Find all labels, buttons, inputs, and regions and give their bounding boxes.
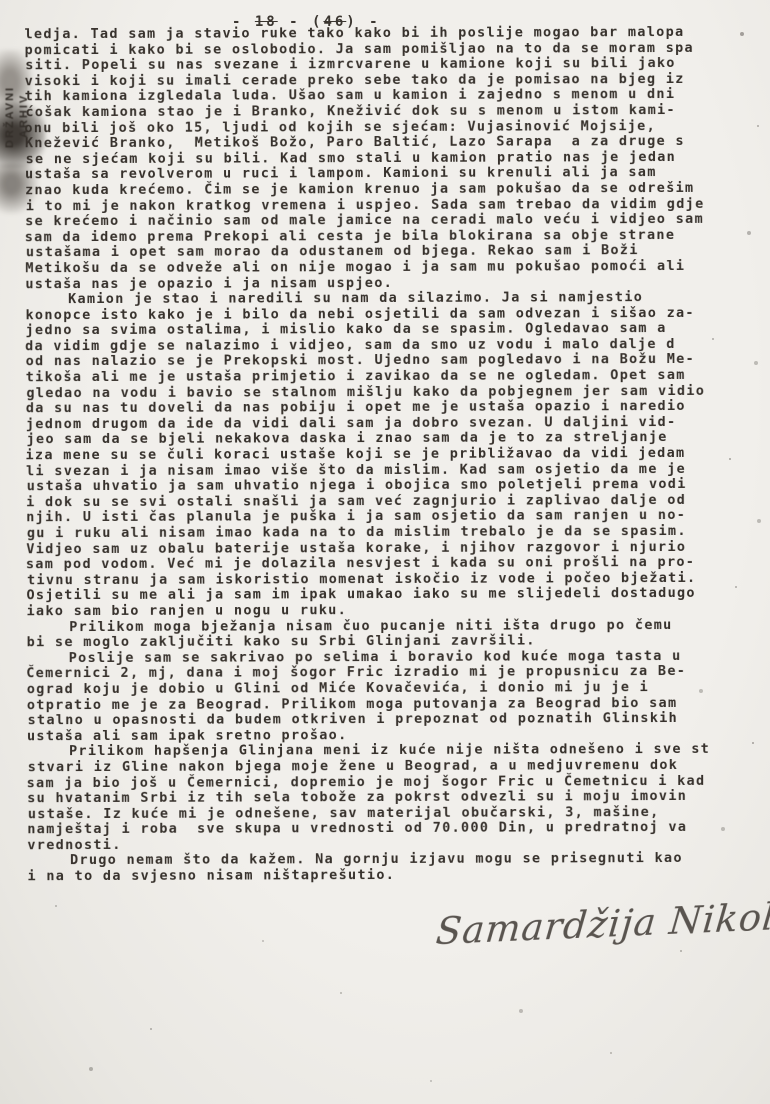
text-line: ustaša uhvatio ja sam uhvatio njega i ob… <box>27 477 747 495</box>
document-body: ledja. Tad sam ja stavio ruke tako kako … <box>25 25 748 885</box>
signature: Samardžija Nikola <box>434 894 770 953</box>
text-line: iza mene su se čuli koraci ustaše koji s… <box>25 446 745 464</box>
text-line: namještaj i roba sve skupa u vrednosti o… <box>27 820 747 838</box>
archive-stamp-text: DRŽAVNI <box>4 86 16 148</box>
scanned-document-page: - 18 - (46) - DRŽAVNI ARHIV ledja. Tad s… <box>0 0 770 1104</box>
text-line: Osjetili su me ali ja sam im ipak umakao… <box>26 586 746 604</box>
text-line: da vidim gdje se nalazimo i vidjeo, sam … <box>25 337 745 355</box>
text-line: onu bili još oko 15, ljudi od kojih se s… <box>24 118 744 136</box>
text-line: gu i ruku ali nisam imao kada na to da m… <box>27 524 747 542</box>
text-line: Čemernici 2, mj, dana i moj šogor Fric i… <box>26 664 746 682</box>
text-line: siti. Popeli su nas svezane i izmrcvaren… <box>25 56 745 74</box>
text-line: Kamion je stao i naredili su nam da sila… <box>26 290 746 308</box>
text-line: ustaše. Iz kuće mi je odnešene, sav mate… <box>28 804 748 822</box>
text-line: i na to da svjesno nisam ništaprešutio. <box>27 867 747 885</box>
text-line: stalno u opasnosti da budem otkriven i p… <box>28 711 748 729</box>
text-line: sam ja bio još u Čemernici, dopremio je … <box>27 773 747 791</box>
scan-noise-speckles <box>0 0 2 2</box>
text-line: tivnu stranu ja sam iskoristio momenat i… <box>27 571 747 589</box>
text-line: Drugo nemam što da kažem. Na gornju izja… <box>28 851 748 869</box>
text-line: i to mi je nakon kratkog vremena i uspje… <box>26 196 746 214</box>
text-line: se ne sjećam koji su bili. Kad smo stali… <box>26 149 746 167</box>
text-line: Prilikom moga bježanja nisam čuo pucanje… <box>27 617 747 635</box>
text-line: gledao na vodu i bavio se stalnom mišlju… <box>26 383 746 401</box>
text-line: ustašama i opet sam morao da odustanem o… <box>26 243 746 261</box>
